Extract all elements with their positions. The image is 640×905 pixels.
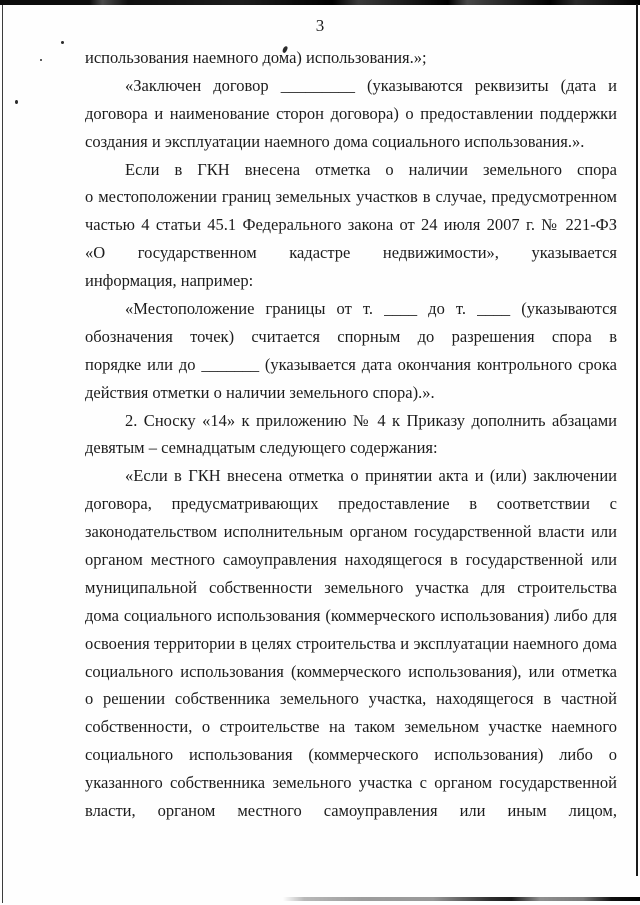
text-line: договора, предусматривающих предоставлен… — [85, 490, 617, 518]
text-line: частью 4 статьи 45.1 Федерального закона… — [85, 211, 617, 239]
text-line: создания и эксплуатации наемного дома со… — [85, 128, 617, 156]
scan-artifact-top-bar — [0, 0, 640, 5]
text-line: власти, органом местного самоуправления … — [85, 797, 617, 825]
text-line: о решении собственника земельного участк… — [85, 685, 617, 713]
scan-artifact-right-border — [636, 4, 638, 876]
text-line: порядке или до _______ (указывается дата… — [85, 351, 617, 379]
text-line: «Местоположение границы от т. ____ до т.… — [85, 295, 617, 323]
text-line: девятым – семнадцатым следующего содержа… — [85, 434, 617, 462]
text-line: «Если в ГКН внесена отметка о принятии а… — [85, 462, 617, 490]
text-line: социального использования (коммерческого… — [85, 658, 617, 686]
text-line: дома социального использования (коммерче… — [85, 602, 617, 630]
text-line: использования наемного дома) использован… — [85, 44, 617, 72]
scan-speckle — [40, 59, 42, 61]
text-line: Если в ГКН внесена отметка о наличии зем… — [85, 156, 617, 184]
text-line: о местоположении границ земельных участк… — [85, 183, 617, 211]
text-line: законодательством исполнительным органом… — [85, 518, 617, 546]
text-line: освоения территории в целях строительств… — [85, 630, 617, 658]
text-line: информация, например: — [85, 267, 617, 295]
text-line: муниципальной собственности земельного у… — [85, 574, 617, 602]
text-line: «Заключен договор _________ (указываются… — [85, 72, 617, 100]
scan-artifact-left-border — [2, 5, 3, 903]
text-line: обозначения точек) считается спорным до … — [85, 323, 617, 351]
text-line: 2. Сноску «14» к приложению № 4 к Приказ… — [85, 407, 617, 435]
scan-speckle — [61, 41, 64, 44]
scan-speckle — [15, 100, 18, 104]
document-body: использования наемного дома) использован… — [85, 44, 617, 825]
text-line: социального использования (коммерческого… — [85, 741, 617, 769]
text-line: «О государственном кадастре недвижимости… — [85, 239, 617, 267]
text-line: действия отметки о наличии земельного сп… — [85, 379, 617, 407]
scan-artifact-bottom-bar — [283, 897, 640, 901]
text-line: собственности, о строительстве на таком … — [85, 713, 617, 741]
text-line: органом местного самоуправления находяще… — [85, 546, 617, 574]
page-number: 3 — [0, 16, 640, 36]
text-line: договора и наименование сторон договора)… — [85, 100, 617, 128]
document-page: 3 использования наемного дома) использов… — [0, 0, 640, 905]
text-line: указанного собственника земельного участ… — [85, 769, 617, 797]
